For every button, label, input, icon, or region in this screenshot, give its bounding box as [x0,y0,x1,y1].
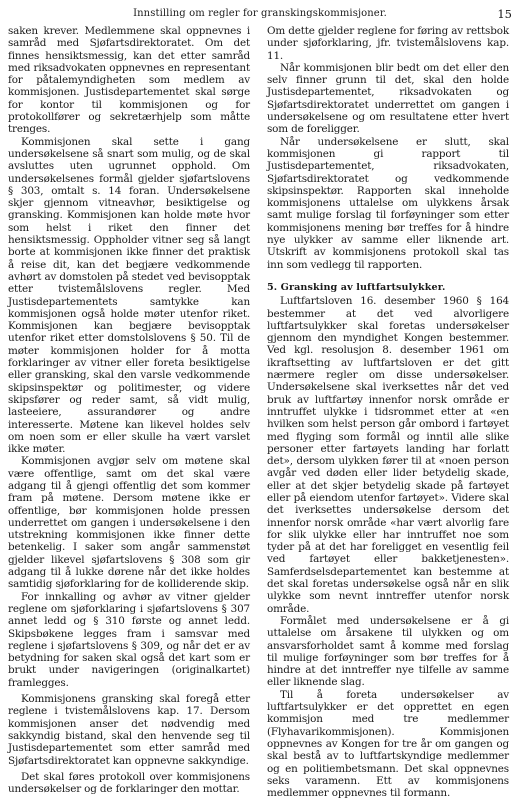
paragraph: Til å foreta undersøkelser av luftfartsu… [267,689,509,800]
left-column: saken krever. Medlemmene skal oppnevnes … [8,25,250,795]
paragraph: For innkalling og avhør av vitner gjelde… [8,591,250,689]
paragraph: Formålet med undersøkelsene er å gi utta… [267,615,509,689]
paragraph: Kommisjonen skal sette i gang undersøkel… [8,136,250,456]
paragraph: Kommisjonens gransking skal foregå etter… [8,693,250,767]
paragraph: Om dette gjelder reglene for føring av r… [267,25,509,62]
paragraph: saken krever. Medlemmene skal oppnevnes … [8,25,250,136]
page-header: Innstilling om regler for granskingskomm… [0,8,520,24]
paragraph: Når kommisjonen blir bedt om det eller d… [267,62,509,136]
paragraph: Luftfartsloven 16. desember 1960 § 164 b… [267,295,509,615]
running-title: Innstilling om regler for granskingskomm… [0,8,520,19]
paragraph: Kommisjonen avgjør selv om møtene skal v… [8,455,250,590]
paragraph: Det skal føres protokoll over kommisjone… [8,771,250,796]
page-number: 15 [497,7,512,21]
paragraph: Når undersøkelsene er slutt, skal kommis… [267,136,509,271]
section-heading: 5. Gransking av luftfartsulykker. [267,282,509,294]
right-column: Om dette gjelder reglene for føring av r… [267,25,509,799]
